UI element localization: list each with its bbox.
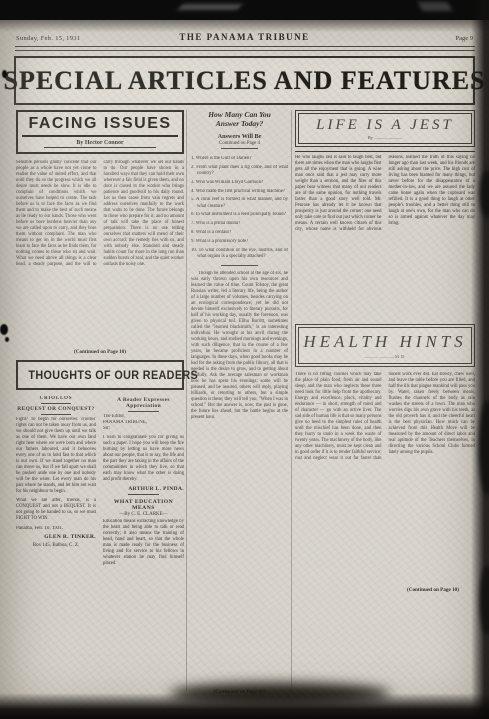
letter1-heading: REQUEST OR CONQUEST? (16, 406, 96, 412)
quiz-question: 9. What is a promissory note? (191, 239, 288, 245)
life-is-a-jest-byline: By ——— ——— (301, 135, 469, 140)
divider-rule (295, 151, 475, 152)
scan-top-shadow (0, 20, 489, 32)
scan-streak (178, 4, 242, 10)
facing-issues-header: FACING ISSUES By Hector Connor (16, 110, 184, 154)
scan-speck (0, 324, 8, 335)
newspaper-page: Sunday, Feb. 15, 1931 THE PANAMA TRIBUNE… (0, 0, 489, 719)
divider-rule (41, 414, 71, 415)
letter1-body-2: What we are after, friends, is a CONQUES… (16, 498, 96, 522)
column-rule (291, 110, 292, 691)
reader-letters: CRIOLLOS REQUEST OR CONQUEST? Fight? To … (16, 396, 184, 697)
masthead: Sunday, Feb. 15, 1931 THE PANAMA TRIBUNE… (16, 32, 473, 42)
letter1-dateline: Panama, Feb. 10, 1931. (16, 526, 96, 531)
letter-reader-appreciation: A Reader Expresses Appreciation The Edit… (103, 396, 184, 697)
middle-column-article: Though he attended school at the age of … (191, 271, 288, 686)
letter2-signature: ARTHUR L. PINDA. (103, 486, 184, 492)
scan-top-band (0, 0, 489, 20)
facing-issues-continued-note: (Continued on Page 10) (16, 349, 184, 355)
quiz-question: 2. From what plant does a fig come, and … (191, 165, 288, 177)
quiz-question: 8. What is a centaur? (191, 230, 288, 236)
quiz-question: 7. Who is a prima donna? (191, 221, 288, 227)
health-hints-title: HEALTH HINTS (301, 332, 469, 352)
thoughts-of-our-readers-title: THOUGHTS OF OUR READERS (28, 368, 198, 382)
quiz-question: 3. Who was William Lloyd Garrison? (191, 180, 288, 186)
letter2-heading: A Reader Expresses Appreciation (103, 397, 184, 409)
quiz-answers-note: Answers Will Be (191, 133, 288, 140)
scan-blot (480, 565, 489, 635)
middle-column-article-body: Though he attended school at the age of … (191, 271, 288, 421)
scan-blot (480, 170, 489, 218)
life-is-a-jest-title: LIFE IS A JEST (301, 117, 469, 134)
quiz-question: 5. A coral reef is formed in what manner… (191, 197, 288, 209)
section-banner: SPECIAL ARTICLES AND FEATURES (14, 56, 475, 105)
health-hints-continued-note: (Continued on Page 10) (295, 587, 475, 593)
quiz-title-line-1: How Many Can You (191, 110, 288, 119)
quiz-question: 10. To what condition of the eye, nostri… (191, 248, 288, 260)
masthead-page-number: Page 9 (343, 35, 473, 42)
left-column: FACING ISSUES By Hector Connor Sensible … (16, 110, 184, 697)
masthead-date: Sunday, Feb. 15, 1931 (16, 35, 146, 42)
life-is-a-jest-header: LIFE IS A JEST By ——— ——— (295, 110, 475, 147)
life-is-a-jest-body: He who laughs last is said to laugh best… (295, 155, 475, 315)
columns: FACING ISSUES By Hector Connor Sensible … (0, 110, 489, 697)
divider-rule (128, 494, 159, 495)
facing-issues-title: FACING ISSUES (22, 115, 178, 137)
masthead-rule (15, 46, 475, 51)
quiz-question-list: 1. Where is the Gulf of Darien? 2. From … (191, 156, 288, 263)
quiz-question: 6. In what instrument is a reed principa… (191, 212, 288, 218)
right-column: LIFE IS A JEST By ——— ——— He who laughs … (295, 110, 475, 697)
quiz-title-line-2: Answer Today? (191, 119, 288, 128)
facing-issues-body: Sensible persons gladly concede that our… (16, 160, 184, 346)
letter1-body: Fight? To begin for ourselves: criollos'… (16, 417, 96, 495)
divider-rule (221, 148, 258, 149)
column-rule (186, 110, 187, 691)
quiz-answers-continued-note: Continued on Page 4 (191, 141, 288, 146)
what-education-means-byline: —By C. E. CLARKE— (103, 512, 184, 517)
divider-rule (128, 411, 159, 412)
letter1-address: Box 145, Balboa, C. Z. (16, 543, 96, 548)
health-hints-body: There is no fitting counsel which may ta… (295, 372, 475, 584)
scan-speck (5, 337, 9, 342)
health-hints-byline: ——— ———, M. D. (301, 354, 469, 359)
quiz-question: 1. Where is the Gulf of Darien? (191, 156, 288, 162)
letter1-signature: GLEN R. TINKER. (16, 534, 96, 540)
scan-bottom-band (0, 693, 489, 719)
masthead-title: THE PANAMA TRIBUNE (146, 32, 343, 42)
scan-streak (418, 2, 452, 11)
middle-column: How Many Can You Answer Today? Answers W… (191, 110, 288, 697)
divider-rule (221, 265, 258, 266)
thoughts-of-our-readers-header: THOUGHTS OF OUR READERS (16, 360, 184, 390)
health-hints-header: HEALTH HINTS ——— ———, M. D. (295, 324, 475, 367)
what-education-means-heading: WHAT EDUCATION MEANS (103, 499, 184, 511)
letter1-kicker: CRIOLLOS (16, 396, 96, 401)
letter2-salutation-line: Sir: (103, 426, 184, 432)
scan-speck (2, 70, 7, 78)
divider-rule (41, 403, 71, 404)
quiz-question: 4. Who made the first practical writing … (191, 189, 288, 195)
what-education-means-body: Education means extracting knowledge by … (103, 519, 184, 567)
letter-request-or-conquest: CRIOLLOS REQUEST OR CONQUEST? Fight? To … (16, 396, 96, 697)
section-banner-title: SPECIAL ARTICLES AND FEATURES (4, 66, 486, 96)
letter2-body: I wish to congratulate you for giving us… (103, 435, 184, 483)
facing-issues-byline: By Hector Connor (44, 137, 156, 148)
